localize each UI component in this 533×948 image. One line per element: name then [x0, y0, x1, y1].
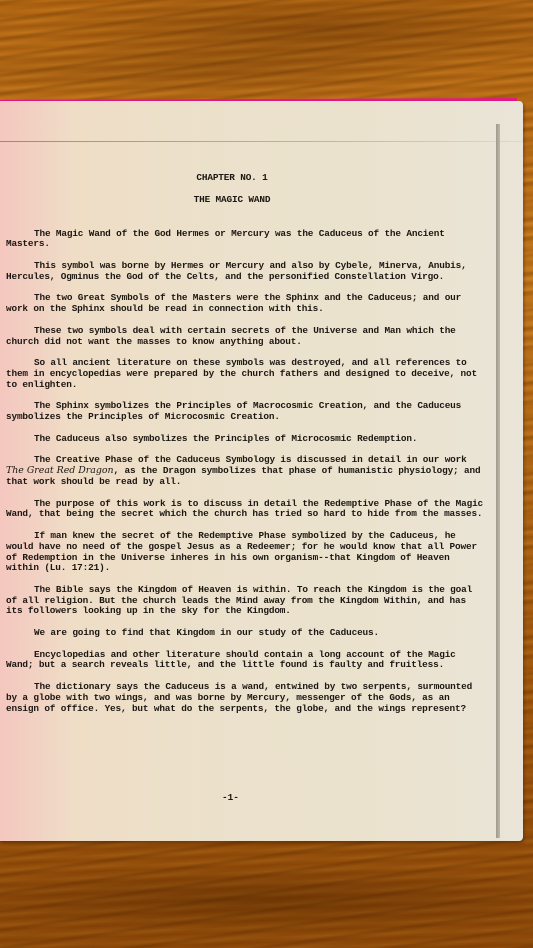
page-body: CHAPTER NO. 1 THE MAGIC WAND The Magic W…: [6, 173, 486, 725]
page-number: -1-: [222, 792, 239, 803]
chapter-heading: CHAPTER NO. 1: [6, 173, 486, 184]
paragraph: The dictionary says the Caduceus is a wa…: [6, 682, 486, 714]
paragraph: The Sphinx symbolizes the Principles of …: [6, 401, 486, 423]
paragraph: So all ancient literature on these symbo…: [6, 358, 486, 390]
paragraph: These two symbols deal with certain secr…: [6, 326, 486, 348]
paragraph: The Magic Wand of the God Hermes or Merc…: [6, 229, 486, 251]
paragraph: The Bible says the Kingdom of Heaven is …: [6, 585, 486, 617]
paragraph: The two Great Symbols of the Masters wer…: [6, 293, 486, 315]
paragraph: This symbol was borne by Hermes or Mercu…: [6, 261, 486, 283]
paragraph-text: The Creative Phase of the Caduceus Symbo…: [34, 454, 467, 465]
paragraph: We are going to find that Kingdom in our…: [6, 628, 486, 639]
binding-edge: [496, 124, 500, 838]
paragraph: The Caduceus also symbolizes the Princip…: [6, 434, 486, 445]
paragraph: The purpose of this work is to discuss i…: [6, 499, 486, 521]
page-fold-line: [0, 141, 523, 142]
paragraph: If man knew the secret of the Redemptive…: [6, 531, 486, 574]
document-page: CHAPTER NO. 1 THE MAGIC WAND The Magic W…: [0, 101, 523, 841]
book-title: The Great Red Dragon: [6, 465, 114, 476]
paragraph: The Creative Phase of the Caduceus Symbo…: [6, 455, 486, 487]
paragraph: Encyclopedias and other literature shoul…: [6, 650, 486, 672]
chapter-title: THE MAGIC WAND: [6, 195, 486, 206]
